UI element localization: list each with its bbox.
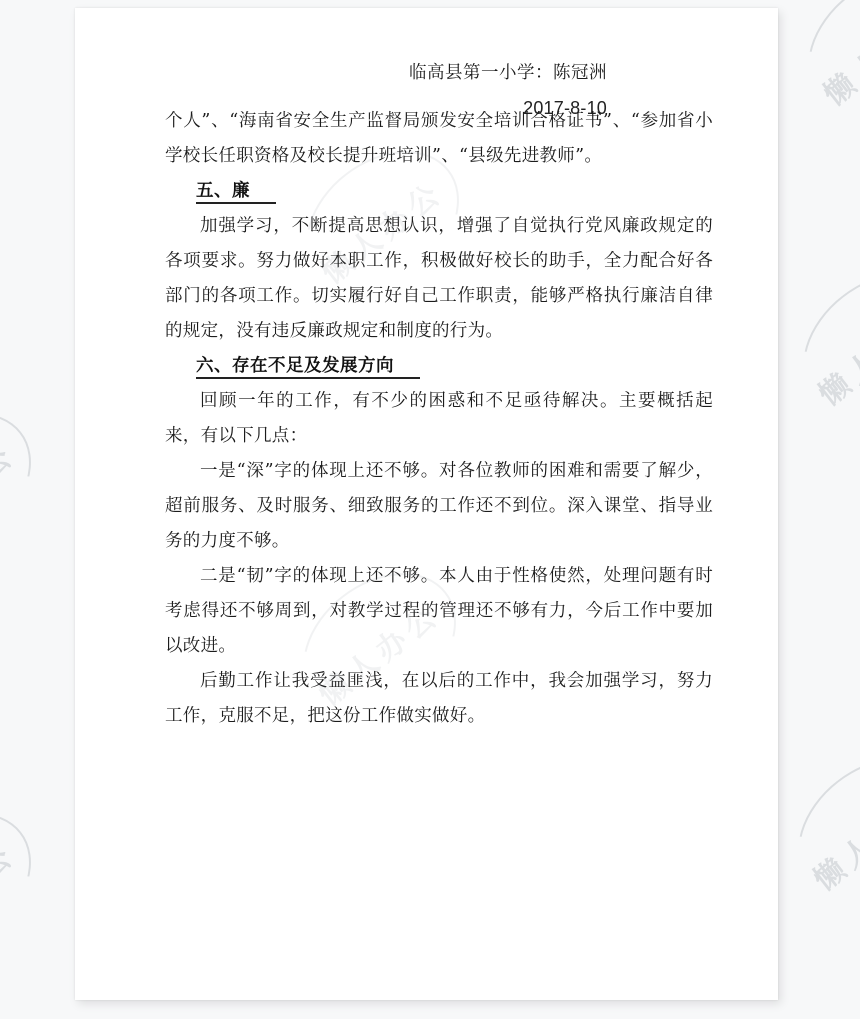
watermark-arc [780, 0, 860, 144]
paragraph: 二是“韧”字的体现上还不够。本人由于性格使然，处理问题有时考虑得还不够周到，对教… [165, 559, 713, 664]
paragraph: 一是“深”字的体现上还不够。对各位教师的困难和需要了解少，超前服务、及时服务、细… [165, 454, 713, 559]
watermark-arc [775, 244, 860, 444]
watermark-arc [770, 729, 860, 929]
watermark-lanren-bangong: 懒人办公 [785, 760, 860, 910]
section-heading-text: 六、存在不足及发展方向 [196, 356, 420, 379]
watermark-lanren-bangong: 懒人办公 [0, 415, 55, 565]
paragraph: 加强学习，不断提高思想认识，增强了自觉执行党风廉政规定的各项要求。努力做好本职工… [165, 209, 713, 349]
watermark-arc [0, 784, 59, 984]
paragraph: 个人”、“海南省安全生产监督局颁发安全培训合格证书”、“参加省小学校长任职资格及… [165, 104, 713, 174]
signature-line: 临高县第一小学：陈冠洲 [75, 56, 607, 91]
section-heading: 五、廉 [165, 174, 713, 209]
document-body: 个人”、“海南省安全生产监督局颁发安全培训合格证书”、“参加省小学校长任职资格及… [165, 104, 713, 734]
paragraph: 后勤工作让我受益匪浅，在以后的工作中，我会加强学习，努力工作，克服不足，把这份工… [165, 664, 713, 734]
watermark-arc [0, 384, 59, 584]
watermark-lanren-bangong: 懒人办公 [795, 0, 860, 125]
watermark-lanren-bangong: 懒人办公 [0, 815, 55, 965]
watermark-lanren-bangong: 懒人办公 [790, 275, 860, 425]
document-page: 个人”、“海南省安全生产监督局颁发安全培训合格证书”、“参加省小学校长任职资格及… [75, 8, 778, 1000]
section-heading-text: 五、廉 [196, 181, 276, 204]
paragraph: 回顾一年的工作，有不少的困惑和不足亟待解决。主要概括起来，有以下几点： [165, 384, 713, 454]
section-heading: 六、存在不足及发展方向 [165, 349, 713, 384]
